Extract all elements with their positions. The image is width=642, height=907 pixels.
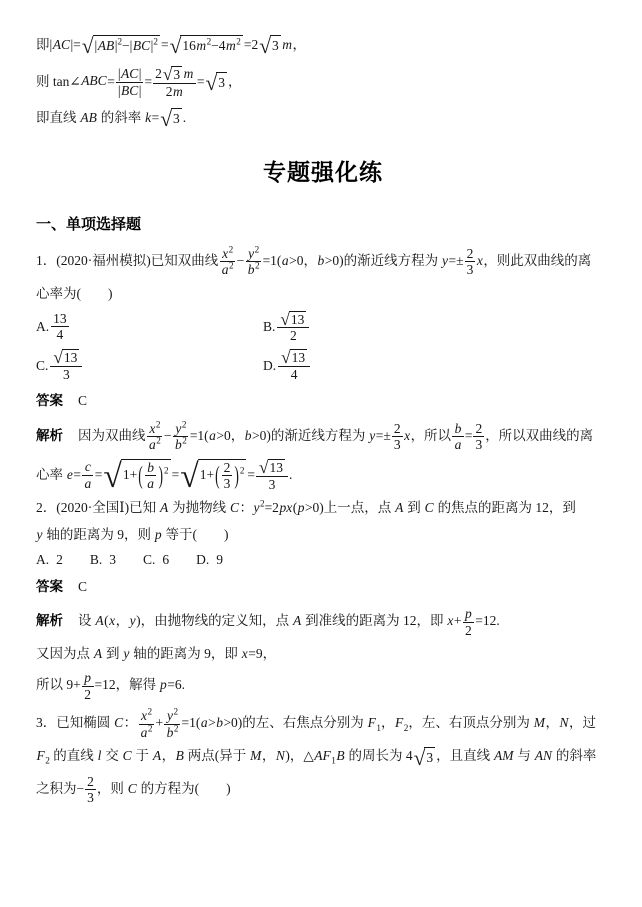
q2-analysis-content-1: 设 A(x，y)，由抛物线的定义知，点 A 到准线的距离为 12，即 x+p2=… <box>78 613 500 628</box>
q2-option-b-label: B. <box>90 552 102 568</box>
q2-option-d-value: 9 <box>216 552 223 568</box>
q1-analysis-line-1: 解析因为双曲线x2a2−y2b2=1(a>0，b>0)的渐近线方程为 y=±23… <box>36 421 610 453</box>
solution-line-2: 则 tan∠ABC=|AC||BC|=2√3m2m=√3， <box>36 66 610 100</box>
q1-stem-line-2: 心率为( ) <box>36 284 610 304</box>
q2-options: A.2 B.3 C.6 D.9 <box>36 552 610 568</box>
q2-analysis-line-1: 解析设 A(x，y)，由抛物线的定义知，点 A 到准线的距离为 12，即 x+p… <box>36 606 610 638</box>
q3-stem-line-3: 之积为−23，则 C 的方程为( ) <box>36 774 610 806</box>
q1-option-b-value: √132 <box>276 310 310 344</box>
question-1: 1．(2020·福州模拟)已知双曲线x2a2−y2b2=1(a>0，b>0)的渐… <box>36 246 610 493</box>
question-3: 3．已知椭圆 C：x2a2+y2b2=1(a>b>0)的左、右焦点分别为 F1，… <box>36 708 610 806</box>
q1-option-c-value: √133 <box>49 349 83 383</box>
q1-option-a-value: 134 <box>50 311 70 343</box>
q2-stem-line-1: 2．(2020·全国Ⅰ)已知 A 为抛物线 C：y2=2px(p>0)上一点，点… <box>36 498 610 518</box>
q1-option-b: B.√132 <box>263 310 311 344</box>
q1-analysis-line-2: 心率 e=ca=√1+(ba)2=√1+(23)2=√133. <box>36 459 610 493</box>
q1-option-a: A.134 <box>36 310 263 344</box>
question-2: 2．(2020·全国Ⅰ)已知 A 为抛物线 C：y2=2px(p>0)上一点，点… <box>36 498 610 702</box>
q1-option-d-label: D. <box>263 358 276 374</box>
q1-analysis-label: 解析 <box>36 428 63 443</box>
q1-analysis-content-1: 因为双曲线x2a2−y2b2=1(a>0，b>0)的渐近线方程为 y=±23x，… <box>78 428 593 443</box>
q1-options: A.134 B.√132 C.√133 D.√134 <box>36 310 610 382</box>
q2-option-c: C.6 <box>143 552 169 568</box>
q2-option-a-label: A. <box>36 552 49 568</box>
q3-stem-line-2: F2 的直线 l 交 C 于 A，B 两点(异于 M，N)，△AF1B 的周长为… <box>36 746 610 768</box>
q2-option-a: A.2 <box>36 552 63 568</box>
q2-answer-value: C <box>78 579 87 594</box>
q2-option-c-label: C. <box>143 552 155 568</box>
q1-option-d: D.√134 <box>263 349 311 383</box>
previous-solution-block: 即|AC|=√|AB|2−|BC|2=√16m2−4m2=2√3m， 则 tan… <box>36 35 610 130</box>
q1-option-d-value: √134 <box>277 349 311 383</box>
q1-stem-line-1: 1．(2020·福州模拟)已知双曲线x2a2−y2b2=1(a>0，b>0)的渐… <box>36 246 610 278</box>
q1-answer-label: 答案 <box>36 393 63 408</box>
page-title: 专题强化练 <box>36 154 610 187</box>
q2-stem-line-2: y 轴的距离为 9，则 p 等于( ) <box>36 525 610 545</box>
document-page: 即|AC|=√|AB|2−|BC|2=√16m2−4m2=2√3m， 则 tan… <box>0 0 642 907</box>
solution-line-1: 即|AC|=√|AB|2−|BC|2=√16m2−4m2=2√3m， <box>36 35 610 57</box>
q2-option-c-value: 6 <box>162 552 169 568</box>
q2-option-b: B.3 <box>90 552 116 568</box>
q1-option-c-label: C. <box>36 358 48 374</box>
q1-option-a-label: A. <box>36 319 49 335</box>
q2-analysis-line-2: 又因为点 A 到 y 轴的距离为 9，即 x=9， <box>36 644 610 664</box>
q3-stem-line-1: 3．已知椭圆 C：x2a2+y2b2=1(a>b>0)的左、右焦点分别为 F1，… <box>36 708 610 740</box>
q1-answer-row: 答案C <box>36 391 610 411</box>
solution-line-3: 即直线 AB 的斜率 k=√3. <box>36 108 610 130</box>
q1-option-b-label: B. <box>263 319 275 335</box>
q2-option-a-value: 2 <box>56 552 63 568</box>
q2-analysis-line-3: 所以 9+p2=12，解得 p=6. <box>36 670 610 702</box>
q2-option-d: D.9 <box>196 552 223 568</box>
q1-answer-value: C <box>78 393 87 408</box>
q2-option-d-label: D. <box>196 552 209 568</box>
section-heading: 一、单项选择题 <box>36 213 610 234</box>
q1-option-c: C.√133 <box>36 349 263 383</box>
q2-option-b-value: 3 <box>109 552 116 568</box>
q2-answer-row: 答案C <box>36 577 610 597</box>
q2-answer-label: 答案 <box>36 579 63 594</box>
q2-analysis-label: 解析 <box>36 613 63 628</box>
